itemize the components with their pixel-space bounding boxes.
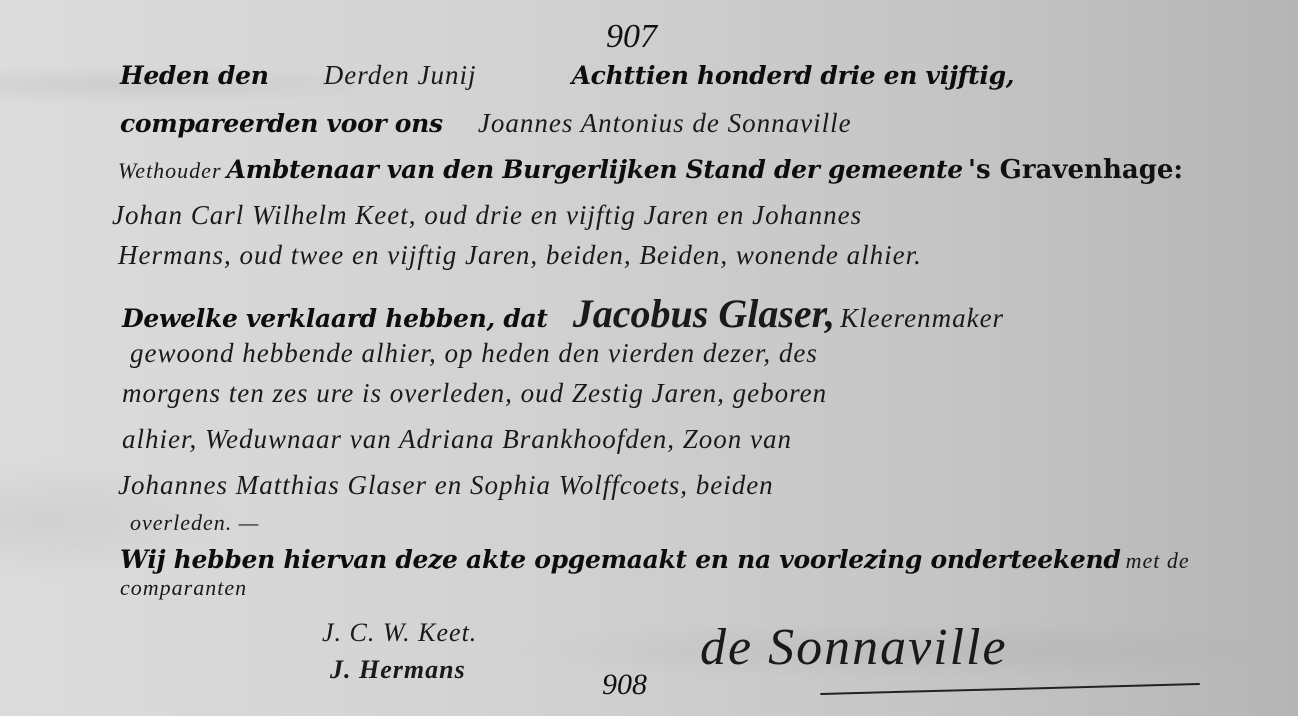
line-10: Johannes Matthias Glaser en Sophia Wolff…: [118, 470, 774, 501]
line-9: alhier, Weduwnaar van Adriana Brankhoofd…: [122, 424, 792, 455]
printed-city: 's Gravenhage:: [968, 155, 1183, 185]
printed-text: Heden den: [120, 61, 269, 90]
line-13: comparanten: [120, 575, 247, 601]
page-number-top: 907: [606, 18, 657, 56]
line-8: morgens ten zes ure is overleden, oud Ze…: [122, 378, 827, 409]
line-12: Wij hebben hiervan deze akte opgemaakt e…: [120, 545, 1190, 574]
printed-text: Dewelke verklaard hebben, dat: [122, 304, 548, 333]
signature-underline: [820, 683, 1200, 695]
handwritten-title: Wethouder: [118, 158, 222, 183]
signature-witness-1: J. C. W. Keet.: [322, 618, 477, 648]
line-11: overleden. —: [130, 510, 259, 536]
printed-text: compareerden voor ons: [120, 109, 443, 138]
signature-official: de Sonnaville: [700, 618, 1008, 677]
page-number-bottom: 908: [602, 668, 647, 702]
handwritten-official-name: Joannes Antonius de Sonnaville: [478, 108, 852, 138]
signature-witness-2: J. Hermans: [330, 655, 466, 685]
printed-year: Achttien honderd drie en vijftig,: [572, 61, 1015, 90]
line-1: Heden den Derden Junij Achttien honderd …: [120, 60, 1014, 91]
printed-text: Ambtenaar van den Burgerlijken Stand der…: [227, 155, 963, 184]
line-7: gewoond hebbende alhier, op heden den vi…: [130, 338, 818, 369]
line-3: Wethouder Ambtenaar van den Burgerlijken…: [118, 155, 1183, 185]
line-4: Johan Carl Wilhelm Keet, oud drie en vij…: [112, 200, 862, 231]
handwritten-text: met de: [1126, 548, 1190, 573]
printed-text: Wij hebben hiervan deze akte opgemaakt e…: [120, 545, 1121, 574]
handwritten-date: Derden Junij: [324, 60, 477, 90]
line-2: compareerden voor ons Joannes Antonius d…: [120, 108, 852, 139]
handwritten-deceased-name: Jacobus Glaser,: [573, 291, 835, 336]
handwritten-occupation: Kleerenmaker: [840, 303, 1004, 333]
line-5: Hermans, oud twee en vijftig Jaren, beid…: [118, 240, 922, 271]
line-6: Dewelke verklaard hebben, dat Jacobus Gl…: [122, 290, 1004, 337]
